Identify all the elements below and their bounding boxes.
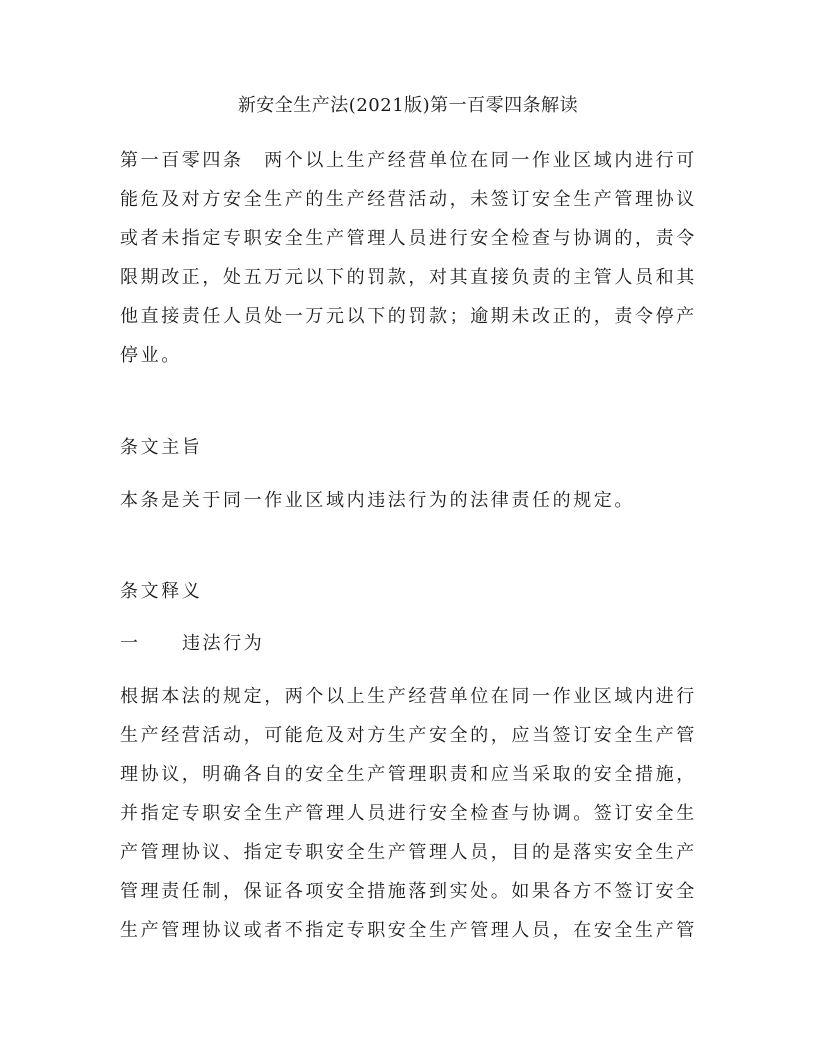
subsection-number: 一: [120, 632, 182, 656]
interpretation-line: 理协议，明确各自的安全生产管理职责和应当采取的安全措施，: [120, 763, 700, 787]
document-title: 新安全生产法(2021版)第一百零四条解读: [0, 94, 816, 118]
subsection-title: 违法行为: [182, 633, 264, 654]
section-heading-interpretation: 条文释义: [120, 580, 700, 604]
interpretation-line: 生产管理协议或者不指定专职安全生产管理人员，在安全生产管: [120, 919, 700, 943]
article-line: 停业。: [120, 344, 700, 368]
interpretation-line: 产管理协议、指定专职安全生产管理人员，目的是落实安全生产: [120, 841, 700, 865]
document-page: 新安全生产法(2021版)第一百零四条解读 第一百零四条 两个以上生产经营单位在…: [0, 0, 816, 1056]
section-heading-purpose: 条文主旨: [120, 436, 700, 460]
article-line: 或者未指定专职安全生产管理人员进行安全检查与协调的，责令: [120, 227, 700, 251]
interpretation-line: 生产经营活动，可能危及对方生产安全的，应当签订安全生产管: [120, 724, 700, 748]
article-line: 第一百零四条 两个以上生产经营单位在同一作业区域内进行可: [120, 149, 700, 173]
article-line: 限期改正，处五万元以下的罚款，对其直接负责的主管人员和其: [120, 266, 700, 290]
interpretation-line: 并指定专职安全生产管理人员进行安全检查与协调。签订安全生: [120, 802, 700, 826]
purpose-text: 本条是关于同一作业区域内违法行为的法律责任的规定。: [120, 489, 700, 513]
interpretation-line: 管理责任制，保证各项安全措施落到实处。如果各方不签订安全: [120, 880, 700, 904]
article-line: 能危及对方安全生产的生产经营活动，未签订安全生产管理协议: [120, 188, 700, 212]
interpretation-line: 根据本法的规定，两个以上生产经营单位在同一作业区域内进行: [120, 685, 700, 709]
article-line: 他直接责任人员处一万元以下的罚款；逾期未改正的，责令停产: [120, 305, 700, 329]
subsection-heading: 一违法行为: [120, 632, 700, 656]
